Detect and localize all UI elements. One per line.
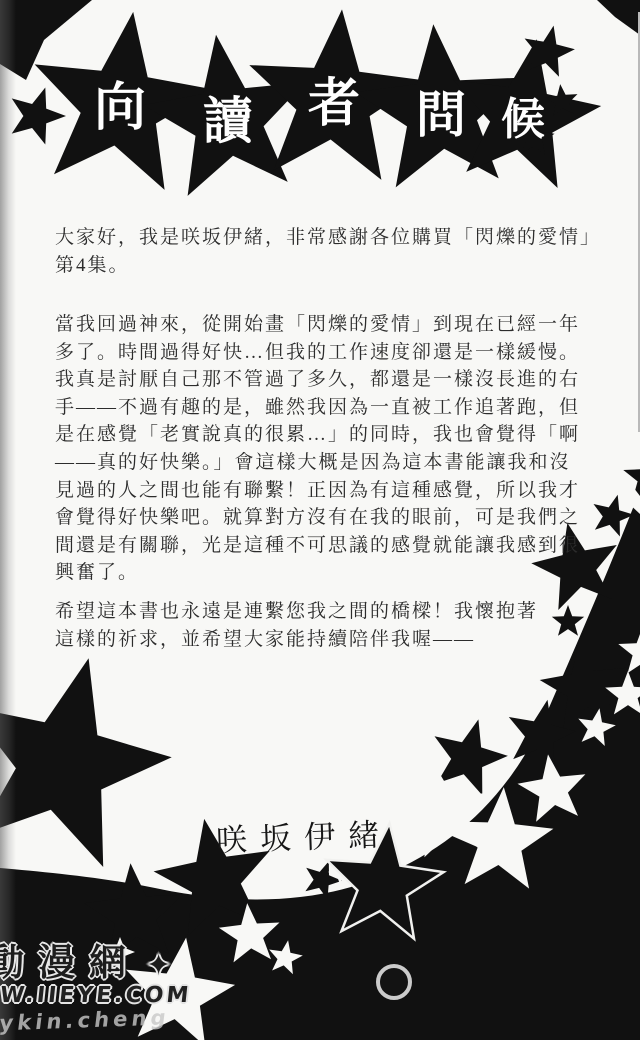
watermark-circle-mark	[376, 964, 412, 1000]
text-line: 手——不過有趣的是，雖然我因為一直被工作追著跑，但	[55, 394, 595, 422]
watermark-site-line: 動漫網✦	[0, 944, 191, 983]
banner-char-4: 問	[416, 87, 466, 143]
text-line: 當我回過神來，從開始畫「閃爍的愛情」到現在已經一年	[55, 311, 595, 339]
watermark-credit: ykin.cheng	[0, 1006, 193, 1035]
page-gutter-shadow	[0, 0, 16, 1040]
text-line: 多了。時間過得好快…但我的工作速度卻還是一樣緩慢。	[55, 339, 595, 367]
text-line: 興奮了。	[55, 559, 595, 587]
paragraph-closing: 希望這本書也永遠是連繫您我之間的橋樑！我懷抱著 這樣的祈求，並希望大家能持續陪伴…	[55, 598, 595, 653]
text-line: 間還是有關聯，光是這種不可思議的感覺就能讓我感到很	[55, 532, 595, 560]
watermark-site-name: 動漫網	[0, 941, 140, 984]
text-line: 見過的人之間也能有聯繫！正因為有這種感覺，所以我才	[55, 477, 595, 505]
title-banner: 向 讀 者 問 候	[0, 0, 640, 215]
banner-char-2: 讀	[203, 93, 255, 149]
text-line: 這樣的祈求，並希望大家能持續陪伴我喔——	[55, 626, 595, 654]
text-line: 會覺得好快樂吧。就算對方沒有在我的眼前，可是我們之	[55, 504, 595, 532]
text-line: 大家好，我是咲坂伊緒，非常感謝各位購買「閃爍的愛情」	[55, 224, 595, 252]
paragraph-main: 當我回過神來，從開始畫「閃爍的愛情」到現在已經一年 多了。時間過得好快…但我的工…	[55, 311, 595, 587]
sparkle-icon: ✦	[146, 948, 171, 983]
paragraph-greeting: 大家好，我是咲坂伊緒，非常感謝各位購買「閃爍的愛情」 第4集。	[55, 224, 595, 279]
corner-wedge-top-right	[597, 0, 640, 35]
text-line: 是在感覺「老實說真的很累…」的同時，我也會覺得「啊	[55, 421, 595, 449]
watermark-url: W.IIEYE.COM	[0, 984, 193, 1007]
text-line: ——真的好快樂。」會這樣大概是因為這本書能讓我和沒	[55, 449, 595, 477]
watermark: 動漫網✦ W.IIEYE.COM ykin.cheng	[0, 944, 191, 1031]
small-star	[12, 88, 66, 145]
text-line: 第4集。	[55, 252, 595, 280]
manga-afterword-page: 向 讀 者 問 候 大家好，我是咲坂伊緒，非常感謝各位購買「閃爍的愛情」 第4集…	[0, 0, 640, 1040]
text-line: 我真是討厭自己那不管過了多久，都還是一樣沒長進的右	[55, 366, 595, 394]
banner-char-3: 者	[308, 75, 360, 133]
author-signature: 咲坂伊緒	[215, 809, 392, 860]
text-line: 希望這本書也永遠是連繫您我之間的橋樑！我懷抱著	[55, 598, 595, 626]
black-star	[0, 658, 172, 867]
banner-char-5: 候	[501, 95, 545, 144]
banner-char-1: 向	[94, 79, 146, 137]
